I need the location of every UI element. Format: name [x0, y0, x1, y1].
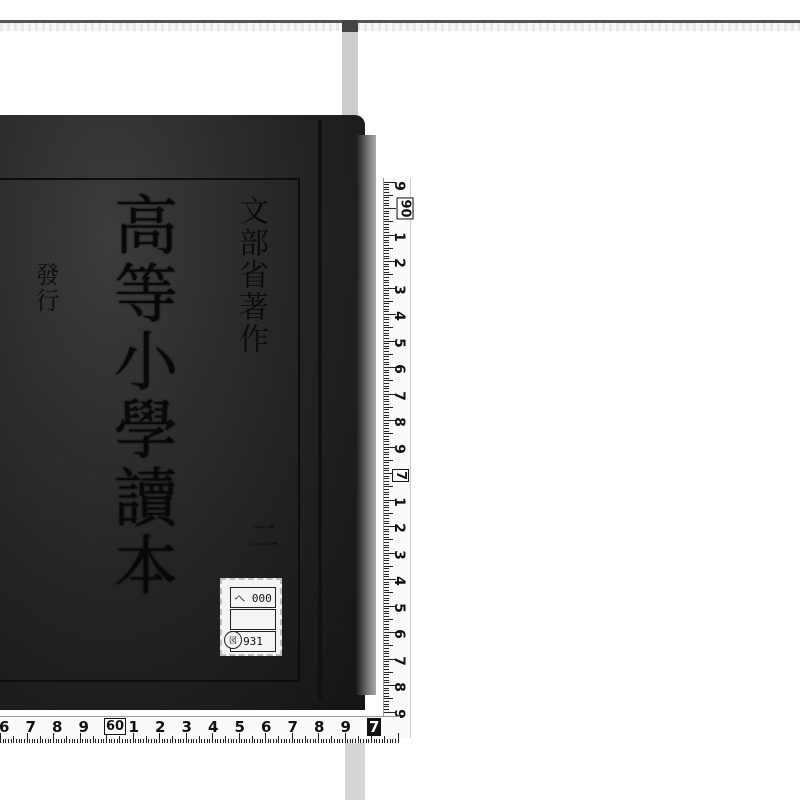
ruler-tick — [384, 309, 389, 310]
ruler-tick — [273, 739, 274, 743]
ruler-number: 3 — [391, 550, 407, 560]
ruler-tick — [98, 739, 99, 743]
ruler-tick — [384, 428, 389, 429]
ruler-tick — [384, 327, 393, 328]
ruler-tick — [358, 736, 359, 743]
ruler-tick — [3, 739, 4, 743]
ruler-number: 1 — [391, 232, 407, 242]
ruler-tick — [384, 457, 389, 458]
ruler-tick — [85, 739, 86, 743]
ruler-tick — [268, 739, 269, 743]
ruler-tick — [384, 736, 385, 743]
ruler-tick — [339, 739, 340, 743]
ruler-tick — [384, 195, 393, 196]
ruler-tick — [231, 739, 232, 743]
ruler-tick — [228, 739, 229, 743]
ruler-tick — [355, 739, 356, 743]
ruler-tick — [384, 523, 389, 524]
ruler-tick — [384, 386, 389, 387]
ruler-tick — [360, 739, 361, 743]
ruler-tick — [95, 739, 96, 743]
ruler-tick — [384, 696, 389, 697]
ruler-tick — [384, 436, 389, 437]
ruler-tick — [384, 677, 389, 678]
ruler-tick — [384, 704, 389, 705]
ruler-tick — [384, 571, 389, 572]
ruler-tick — [384, 566, 393, 567]
ruler-tick — [384, 568, 389, 569]
ruler-tick — [193, 739, 194, 743]
ruler-tick — [384, 608, 389, 609]
ruler-tick — [384, 433, 393, 434]
ruler-tick — [337, 739, 338, 743]
ruler-tick — [246, 739, 247, 743]
ruler-tick — [384, 266, 389, 267]
ruler-tick — [384, 560, 389, 561]
ruler-tick — [225, 736, 226, 743]
ruler-tick — [384, 645, 393, 646]
ruler-number: 8 — [314, 718, 324, 736]
ruler-tick — [125, 739, 126, 743]
ruler-tick — [384, 489, 389, 490]
ruler-tick — [384, 264, 389, 265]
ruler-number: 9 — [391, 181, 407, 191]
ruler-tick — [138, 739, 139, 743]
ruler-tick — [384, 229, 389, 230]
cover-spine-rim — [356, 135, 376, 695]
ruler-tick — [323, 739, 324, 743]
ruler-number: 6 — [391, 629, 407, 639]
ruler-tick — [217, 739, 218, 743]
ruler-tick — [352, 739, 353, 743]
book-title: 高等小學讀本 — [108, 192, 172, 600]
ruler-tick — [387, 739, 388, 743]
ruler-tick — [167, 739, 168, 743]
ruler-tick — [384, 417, 389, 418]
ruler-tick — [384, 470, 389, 471]
ruler-tick — [384, 354, 393, 355]
ruler-tick — [16, 739, 17, 743]
ruler-tick — [384, 325, 389, 326]
ruler-tick — [384, 648, 389, 649]
ruler-tick — [37, 739, 38, 743]
ruler-tick — [289, 739, 290, 743]
ruler-number: 7 — [288, 718, 298, 736]
ruler-tick — [384, 481, 389, 482]
ruler-tick — [313, 739, 314, 743]
ruler-tick — [384, 643, 389, 644]
ruler-tick — [384, 688, 389, 689]
ruler-tick — [384, 521, 389, 522]
ruler-tick — [384, 460, 393, 461]
ruler-tick — [143, 739, 144, 743]
ruler-tick — [58, 739, 59, 743]
ruler-tick — [384, 653, 389, 654]
ruler-tick — [384, 590, 389, 591]
ruler-number: 5 — [391, 338, 407, 348]
ruler-tick — [8, 739, 9, 743]
ruler-tick — [384, 192, 389, 193]
label-row-2 — [230, 609, 276, 630]
ruler-tick — [384, 221, 393, 222]
ruler-tick — [384, 672, 393, 673]
ruler-tick — [201, 739, 202, 743]
ruler-tick — [384, 613, 389, 614]
ruler-number: 7 — [367, 718, 381, 736]
ruler-tick — [384, 378, 389, 379]
ruler-tick — [350, 739, 351, 743]
ruler-tick — [384, 338, 389, 339]
ruler-tick — [384, 306, 389, 307]
ruler-tick — [101, 739, 102, 743]
ruler-tick — [384, 423, 389, 424]
ruler-tick — [384, 690, 389, 691]
ruler-tick — [384, 627, 389, 628]
ruler-tick — [5, 739, 6, 743]
ruler-tick — [384, 563, 389, 564]
ruler-tick — [334, 739, 335, 743]
ruler-tick — [384, 189, 389, 190]
ruler-number: 6 — [391, 364, 407, 374]
ruler-tick — [223, 739, 224, 743]
ruler-tick — [384, 439, 389, 440]
ruler-tick — [384, 486, 393, 487]
ruler-tick — [384, 693, 389, 694]
ruler-tick — [384, 359, 389, 360]
ruler-tick — [148, 739, 149, 743]
ruler-tick — [326, 739, 327, 743]
ruler-tick — [175, 739, 176, 743]
ruler-tick — [384, 407, 393, 408]
ruler-tick — [114, 739, 115, 743]
ruler-tick — [384, 375, 389, 376]
ruler-tick — [384, 333, 389, 334]
ruler-tick — [384, 211, 389, 212]
ruler-tick — [384, 621, 389, 622]
ruler-tick — [384, 232, 389, 233]
ruler-tick — [191, 739, 192, 743]
ruler-tick — [284, 739, 285, 743]
ruler-tick — [331, 736, 332, 743]
ruler-tick — [384, 661, 389, 662]
ruler-tick — [32, 739, 33, 743]
ruler-tick — [188, 739, 189, 743]
ruler-tick — [384, 237, 389, 238]
ruler-tick — [82, 739, 83, 743]
ruler-number: 6 — [0, 718, 9, 736]
ruler-tick — [384, 698, 393, 699]
ruler-tick — [244, 739, 245, 743]
volume-number: 二 — [238, 520, 282, 550]
ruler-number: 9 — [391, 444, 407, 454]
ruler-tick — [384, 248, 393, 249]
ruler-number: 1 — [129, 718, 139, 736]
ruler-tick — [103, 739, 104, 743]
ruler-tick — [384, 383, 389, 384]
ruler-tick — [384, 584, 389, 585]
ruler-tick — [119, 736, 120, 743]
ruler-tick — [384, 682, 389, 683]
ruler-tick — [170, 739, 171, 743]
ruler-tick — [249, 739, 250, 743]
ruler-tick — [384, 545, 389, 546]
ruler-number: 8 — [391, 417, 407, 427]
ruler-tick — [384, 317, 389, 318]
ruler-tick — [384, 364, 389, 365]
ruler-tick — [384, 219, 389, 220]
ruler-number: 7 — [391, 656, 407, 666]
ruler-tick — [384, 205, 389, 206]
ruler-tick — [209, 739, 210, 743]
ruler-tick — [384, 600, 389, 601]
ruler-number: 8 — [52, 718, 62, 736]
ruler-tick — [384, 213, 389, 214]
ruler-tick — [384, 502, 389, 503]
ruler-tick — [384, 295, 389, 296]
ruler-tick — [384, 619, 393, 620]
ruler-tick — [384, 449, 389, 450]
ruler-number: 8 — [391, 682, 407, 692]
ruler-tick — [93, 736, 94, 743]
ruler-tick — [384, 635, 389, 636]
ruler-tick — [384, 269, 389, 270]
ruler-tick — [42, 739, 43, 743]
ruler-tick — [392, 739, 393, 743]
ruler-tick — [384, 510, 389, 511]
ruler-tick — [13, 736, 14, 743]
ruler-tick — [307, 739, 308, 743]
ruler-tick — [299, 739, 300, 743]
ruler-tick — [384, 701, 389, 702]
ruler-tick — [61, 739, 62, 743]
ruler-tick — [384, 372, 389, 373]
ruler-tick — [384, 513, 393, 514]
ruler-tick — [260, 739, 261, 743]
ruler-tick — [384, 415, 389, 416]
ruler-tick — [66, 736, 67, 743]
ruler-tick — [384, 547, 389, 548]
ruler-tick — [64, 739, 65, 743]
ruler-tick — [384, 303, 389, 304]
ruler-tick — [162, 739, 163, 743]
ruler-tick — [384, 576, 389, 577]
ruler-tick — [384, 611, 389, 612]
ruler-tick — [109, 739, 110, 743]
ruler-number: 7 — [392, 469, 409, 482]
ruler-tick — [384, 242, 389, 243]
ruler-tick — [384, 542, 389, 543]
ruler-tick — [220, 739, 221, 743]
ruler-tick — [384, 362, 389, 363]
ruler-tick — [384, 680, 389, 681]
label-row-1: ヘ 000 — [230, 587, 276, 608]
ruler-tick — [257, 739, 258, 743]
issuer-text: 發行 — [28, 262, 63, 314]
ruler-tick — [384, 478, 389, 479]
ruler-number: 9 — [341, 718, 351, 736]
ruler-tick — [24, 739, 25, 743]
ruler-tick — [384, 558, 389, 559]
ruler-number: 60 — [104, 718, 126, 735]
ruler-number: 4 — [391, 576, 407, 586]
ruler-tick — [384, 187, 389, 188]
ruler-tick — [384, 529, 389, 530]
ruler-tick — [384, 348, 389, 349]
scan-top-strip — [0, 23, 800, 31]
ruler-tick — [384, 197, 389, 198]
ruler-number: 7 — [26, 718, 36, 736]
ruler-tick — [21, 739, 22, 743]
ruler-tick — [384, 454, 389, 455]
cover-edge-line — [318, 120, 322, 700]
ruler-tick — [315, 739, 316, 743]
ruler-tick — [384, 497, 389, 498]
ruler-tick — [164, 739, 165, 743]
ruler-tick — [384, 391, 389, 392]
ruler-tick — [384, 298, 389, 299]
ruler-tick — [384, 444, 389, 445]
ruler-tick — [310, 739, 311, 743]
ruler-tick — [278, 736, 279, 743]
ruler-number: 2 — [155, 718, 165, 736]
ruler-tick — [87, 739, 88, 743]
ruler-tick — [384, 706, 389, 707]
ruler-tick — [329, 739, 330, 743]
ruler-tick — [321, 739, 322, 743]
ruler-tick — [384, 280, 389, 281]
ruler-tick — [56, 739, 57, 743]
ruler-tick — [69, 739, 70, 743]
ruler-tick — [384, 539, 393, 540]
ruler-tick — [384, 240, 389, 241]
ruler-tick — [384, 616, 389, 617]
ruler-tick — [180, 739, 181, 743]
ruler-tick — [29, 739, 30, 743]
ruler-number: 5 — [391, 603, 407, 613]
ruler-tick — [384, 380, 393, 381]
ruler-tick — [384, 319, 389, 320]
ruler-tick — [384, 674, 389, 675]
vertical-ruler: 9901234567891234567897 — [383, 178, 411, 738]
ruler-tick — [384, 515, 389, 516]
ruler-number: 4 — [208, 718, 218, 736]
ruler-tick — [384, 343, 389, 344]
ruler-tick — [384, 629, 389, 630]
ruler-tick — [172, 736, 173, 743]
ruler-tick — [254, 739, 255, 743]
ruler-tick — [130, 739, 131, 743]
ruler-tick — [379, 739, 380, 743]
ruler-tick — [384, 346, 389, 347]
ruler-tick — [384, 534, 389, 535]
ruler-tick — [384, 216, 389, 217]
ruler-tick — [384, 311, 389, 312]
spine-tab — [342, 20, 358, 115]
ruler-number: 6 — [261, 718, 271, 736]
ruler-number: 9 — [79, 718, 89, 736]
ruler-tick — [384, 274, 393, 275]
ruler-number: 2 — [391, 523, 407, 533]
ruler-tick — [236, 739, 237, 743]
ruler-tick — [111, 739, 112, 743]
ruler-tick — [384, 550, 389, 551]
ruler-tick — [384, 356, 389, 357]
ruler-number: 90 — [397, 197, 414, 219]
ruler-tick — [374, 739, 375, 743]
ruler-tick — [302, 739, 303, 743]
ruler-tick — [384, 637, 389, 638]
ruler-tick — [281, 739, 282, 743]
ruler-tick — [122, 739, 123, 743]
ruler-tick — [384, 412, 389, 413]
ruler-tick — [384, 330, 389, 331]
ruler-tick — [384, 388, 389, 389]
ruler-tick — [384, 555, 389, 556]
ruler-tick — [146, 736, 147, 743]
ruler-tick — [276, 739, 277, 743]
ruler-tick — [305, 736, 306, 743]
ruler-tick — [384, 582, 389, 583]
bottom-tab — [345, 740, 365, 800]
ruler-tick — [90, 739, 91, 743]
ruler-tick — [384, 518, 389, 519]
ruler-tick — [384, 396, 389, 397]
ruler-tick — [154, 739, 155, 743]
ruler-tick — [384, 507, 389, 508]
ruler-tick — [384, 452, 389, 453]
ruler-tick — [342, 739, 343, 743]
ruler-tick — [178, 739, 179, 743]
ruler-number: 3 — [391, 285, 407, 295]
ruler-tick — [34, 739, 35, 743]
ruler-tick — [384, 624, 389, 625]
ruler-tick — [117, 739, 118, 743]
ruler-tick — [384, 208, 396, 209]
ruler-tick — [74, 739, 75, 743]
ruler-tick — [390, 739, 391, 743]
ruler-tick — [151, 739, 152, 743]
ruler-number: 2 — [391, 258, 407, 268]
horizontal-ruler: 6789601234567897 — [0, 716, 400, 743]
ruler-tick — [384, 656, 389, 657]
ruler-tick — [384, 203, 389, 204]
ruler-tick — [294, 739, 295, 743]
ruler-tick — [140, 739, 141, 743]
ruler-number: 3 — [182, 718, 192, 736]
ruler-tick — [384, 587, 389, 588]
ruler-tick — [45, 739, 46, 743]
ruler-tick — [135, 739, 136, 743]
ruler-tick — [40, 736, 41, 743]
ruler-tick — [384, 399, 389, 400]
ruler-tick — [384, 293, 389, 294]
ruler-tick — [19, 739, 20, 743]
ruler-tick — [384, 224, 389, 225]
ruler-tick — [384, 250, 389, 251]
ruler-tick — [50, 739, 51, 743]
ruler-tick — [196, 739, 197, 743]
ruler-tick — [384, 441, 389, 442]
ruler-tick — [270, 739, 271, 743]
publisher-line: 文部省著作 — [228, 195, 272, 355]
ruler-tick — [384, 409, 389, 410]
ruler-tick — [384, 664, 389, 665]
ruler-tick — [384, 272, 389, 273]
ruler-tick — [207, 739, 208, 743]
ruler-tick — [384, 425, 389, 426]
ruler-tick — [127, 739, 128, 743]
ruler-tick — [241, 739, 242, 743]
